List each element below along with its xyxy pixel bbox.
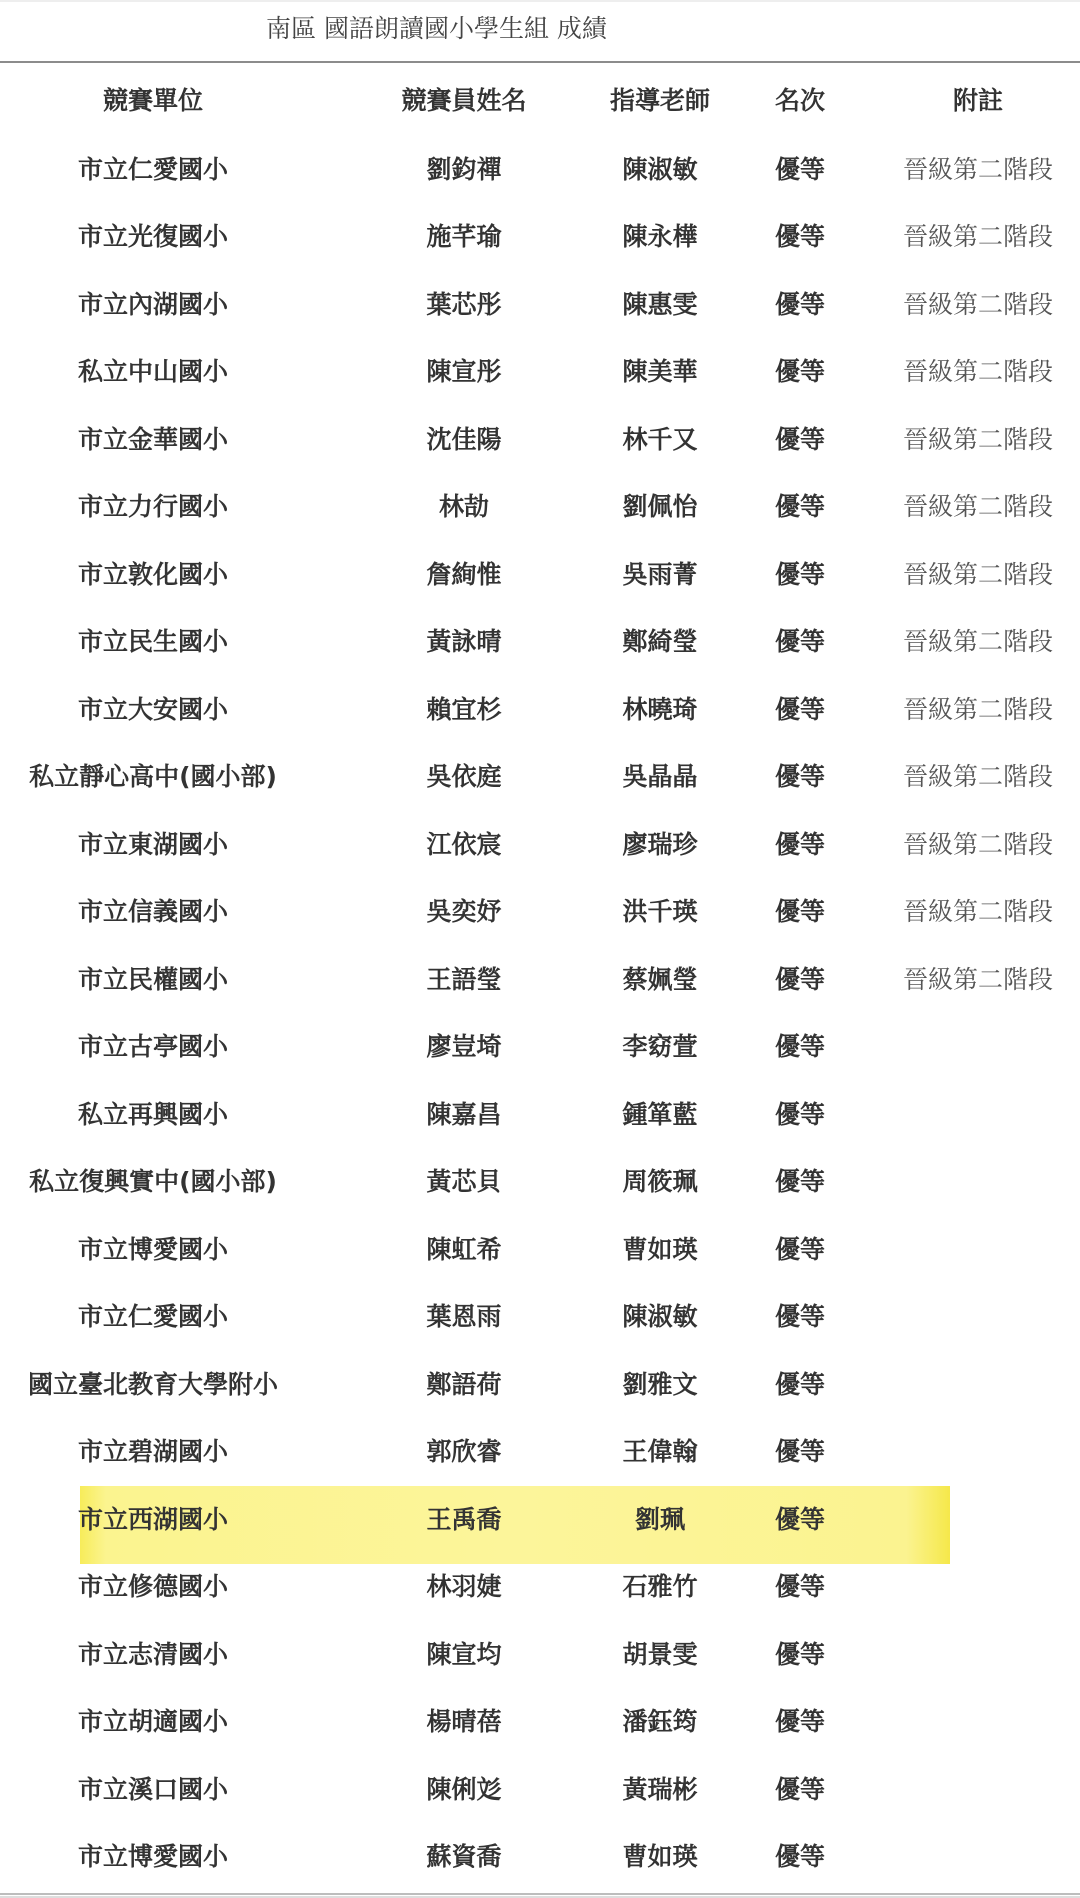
cell-rank: 優等 (770, 1012, 830, 1080)
cell-contestant: 鄭語荷 (392, 1349, 536, 1417)
cell-teacher: 鍾箪藍 (588, 1079, 732, 1147)
table-row: 私立靜心高中(國小部)吳依庭吳晶晶優等晉級第二階段 (0, 742, 1080, 810)
table-row: 市立民生國小黃詠晴鄭綺瑩優等晉級第二階段 (0, 607, 1080, 675)
cell-school: 市立力行國小 (0, 472, 306, 540)
cell-rank: 優等 (770, 539, 830, 607)
table-body: 市立仁愛國小劉鈞禪陳淑敏優等晉級第二階段市立光復國小施芊瑜陳永樺優等晉級第二階段… (0, 134, 1080, 1889)
cell-contestant: 陳俐彣 (392, 1754, 536, 1822)
cell-note (888, 1687, 1068, 1755)
table-row: 市立光復國小施芊瑜陳永樺優等晉級第二階段 (0, 202, 1080, 270)
cell-note (888, 1214, 1068, 1282)
table-row: 市立西湖國小王禹喬劉珮優等 (0, 1484, 1080, 1552)
cell-note (888, 1282, 1068, 1350)
cell-rank: 優等 (770, 134, 830, 202)
cell-note (888, 1484, 1068, 1552)
cell-contestant: 楊晴蓓 (392, 1687, 536, 1755)
cell-school: 市立民權國小 (0, 944, 306, 1012)
table-row: 市立金華國小沈佳陽林千又優等晉級第二階段 (0, 404, 1080, 472)
cell-school: 市立溪口國小 (0, 1754, 306, 1822)
header-note: 附註 (888, 64, 1068, 134)
cell-note: 晉級第二階段 (888, 539, 1068, 607)
cell-school: 市立西湖國小 (0, 1484, 306, 1552)
cell-note (888, 1552, 1068, 1620)
cell-school: 市立敦化國小 (0, 539, 306, 607)
header-teacher: 指導老師 (588, 64, 732, 134)
cell-teacher: 陳惠雯 (588, 269, 732, 337)
cell-teacher: 廖瑞珍 (588, 809, 732, 877)
cell-contestant: 蘇資喬 (392, 1822, 536, 1890)
cell-rank: 優等 (770, 1687, 830, 1755)
cell-rank: 優等 (770, 1822, 830, 1890)
cell-contestant: 黃詠晴 (392, 607, 536, 675)
top-border (0, 0, 1080, 2)
cell-note: 晉級第二階段 (888, 607, 1068, 675)
cell-teacher: 曹如瑛 (588, 1214, 732, 1282)
cell-rank: 優等 (770, 1552, 830, 1620)
cell-teacher: 吳雨菁 (588, 539, 732, 607)
table-row: 市立東湖國小江依宸廖瑞珍優等晉級第二階段 (0, 809, 1080, 877)
cell-note: 晉級第二階段 (888, 809, 1068, 877)
cell-contestant: 林羽婕 (392, 1552, 536, 1620)
cell-school: 私立復興實中(國小部) (0, 1147, 306, 1215)
cell-note (888, 1012, 1068, 1080)
cell-teacher: 洪千瑛 (588, 877, 732, 945)
table-row: 市立溪口國小陳俐彣黃瑞彬優等 (0, 1754, 1080, 1822)
cell-rank: 優等 (770, 1484, 830, 1552)
table-row: 市立敦化國小詹絢惟吳雨菁優等晉級第二階段 (0, 539, 1080, 607)
table-row: 私立中山國小陳宣彤陳美華優等晉級第二階段 (0, 337, 1080, 405)
cell-note: 晉級第二階段 (888, 337, 1068, 405)
cell-teacher: 陳淑敏 (588, 134, 732, 202)
cell-school: 市立東湖國小 (0, 809, 306, 877)
cell-rank: 優等 (770, 877, 830, 945)
cell-teacher: 陳美華 (588, 337, 732, 405)
table-row: 市立志清國小陳宣均胡景雯優等 (0, 1619, 1080, 1687)
cell-rank: 優等 (770, 1282, 830, 1350)
cell-contestant: 賴宜杉 (392, 674, 536, 742)
cell-school: 市立仁愛國小 (0, 1282, 306, 1350)
cell-note: 晉級第二階段 (888, 877, 1068, 945)
cell-school: 市立金華國小 (0, 404, 306, 472)
cell-school: 國立臺北教育大學附小 (0, 1349, 306, 1417)
table-row: 市立胡適國小楊晴蓓潘鈺筠優等 (0, 1687, 1080, 1755)
cell-contestant: 廖豈埼 (392, 1012, 536, 1080)
header-rank: 名次 (770, 64, 830, 134)
cell-school: 私立中山國小 (0, 337, 306, 405)
cell-rank: 優等 (770, 202, 830, 270)
cell-note: 晉級第二階段 (888, 404, 1068, 472)
cell-school: 市立博愛國小 (0, 1822, 306, 1890)
cell-note (888, 1822, 1068, 1890)
cell-teacher: 石雅竹 (588, 1552, 732, 1620)
table-row: 市立內湖國小葉芯彤陳惠雯優等晉級第二階段 (0, 269, 1080, 337)
cell-teacher: 陳淑敏 (588, 1282, 732, 1350)
cell-note (888, 1417, 1068, 1485)
page-title: 南區 國語朗讀國小學生組 成績 (266, 10, 607, 48)
cell-teacher: 劉佩怡 (588, 472, 732, 540)
cell-rank: 優等 (770, 607, 830, 675)
cell-note (888, 1349, 1068, 1417)
header-contestant: 競賽員姓名 (392, 64, 536, 134)
cell-school: 市立碧湖國小 (0, 1417, 306, 1485)
cell-contestant: 吳依庭 (392, 742, 536, 810)
cell-note: 晉級第二階段 (888, 472, 1068, 540)
cell-rank: 優等 (770, 1079, 830, 1147)
cell-rank: 優等 (770, 674, 830, 742)
cell-note: 晉級第二階段 (888, 269, 1068, 337)
cell-rank: 優等 (770, 1147, 830, 1215)
cell-rank: 優等 (770, 337, 830, 405)
cell-rank: 優等 (770, 1214, 830, 1282)
cell-rank: 優等 (770, 809, 830, 877)
cell-school: 市立古亭國小 (0, 1012, 306, 1080)
cell-note (888, 1079, 1068, 1147)
cell-note: 晉級第二階段 (888, 944, 1068, 1012)
table-row: 市立碧湖國小郭欣睿王偉翰優等 (0, 1417, 1080, 1485)
table-row: 市立信義國小吳奕妤洪千瑛優等晉級第二階段 (0, 877, 1080, 945)
cell-teacher: 李窈萱 (588, 1012, 732, 1080)
cell-teacher: 黃瑞彬 (588, 1754, 732, 1822)
cell-note: 晉級第二階段 (888, 202, 1068, 270)
table-row: 市立力行國小林劼劉佩怡優等晉級第二階段 (0, 472, 1080, 540)
cell-school: 私立靜心高中(國小部) (0, 742, 306, 810)
cell-teacher: 林曉琦 (588, 674, 732, 742)
cell-contestant: 林劼 (392, 472, 536, 540)
cell-rank: 優等 (770, 269, 830, 337)
cell-teacher: 周筱珮 (588, 1147, 732, 1215)
cell-note (888, 1147, 1068, 1215)
cell-note (888, 1619, 1068, 1687)
table-row: 私立再興國小陳嘉昌鍾箪藍優等 (0, 1079, 1080, 1147)
cell-teacher: 吳晶晶 (588, 742, 732, 810)
cell-rank: 優等 (770, 1619, 830, 1687)
cell-teacher: 陳永樺 (588, 202, 732, 270)
cell-contestant: 郭欣睿 (392, 1417, 536, 1485)
bottom-border (0, 1893, 1080, 1895)
table-row: 市立仁愛國小葉恩雨陳淑敏優等 (0, 1282, 1080, 1350)
cell-teacher: 王偉翰 (588, 1417, 732, 1485)
cell-school: 私立再興國小 (0, 1079, 306, 1147)
cell-teacher: 潘鈺筠 (588, 1687, 732, 1755)
cell-teacher: 劉珮 (588, 1484, 732, 1552)
cell-contestant: 陳嘉昌 (392, 1079, 536, 1147)
cell-school: 市立光復國小 (0, 202, 306, 270)
cell-rank: 優等 (770, 404, 830, 472)
header-school: 競賽單位 (0, 64, 306, 134)
cell-rank: 優等 (770, 472, 830, 540)
table-row: 市立博愛國小陳虹希曹如瑛優等 (0, 1214, 1080, 1282)
cell-contestant: 施芊瑜 (392, 202, 536, 270)
cell-contestant: 吳奕妤 (392, 877, 536, 945)
table-row: 市立大安國小賴宜杉林曉琦優等晉級第二階段 (0, 674, 1080, 742)
cell-school: 市立胡適國小 (0, 1687, 306, 1755)
cell-contestant: 陳宣均 (392, 1619, 536, 1687)
cell-school: 市立內湖國小 (0, 269, 306, 337)
table-row: 市立修德國小林羽婕石雅竹優等 (0, 1552, 1080, 1620)
cell-contestant: 黃芯貝 (392, 1147, 536, 1215)
cell-school: 市立博愛國小 (0, 1214, 306, 1282)
cell-contestant: 劉鈞禪 (392, 134, 536, 202)
cell-note: 晉級第二階段 (888, 742, 1068, 810)
cell-school: 市立大安國小 (0, 674, 306, 742)
cell-contestant: 江依宸 (392, 809, 536, 877)
table-row: 市立博愛國小蘇資喬曹如瑛優等 (0, 1822, 1080, 1890)
cell-teacher: 劉雅文 (588, 1349, 732, 1417)
cell-school: 市立民生國小 (0, 607, 306, 675)
cell-teacher: 蔡姵瑩 (588, 944, 732, 1012)
cell-rank: 優等 (770, 1417, 830, 1485)
results-table: 競賽單位 競賽員姓名 指導老師 名次 附註 市立仁愛國小劉鈞禪陳淑敏優等晉級第二… (0, 64, 1080, 1889)
cell-teacher: 林千又 (588, 404, 732, 472)
table-row: 私立復興實中(國小部)黃芯貝周筱珮優等 (0, 1147, 1080, 1215)
title-divider (0, 61, 1080, 63)
cell-rank: 優等 (770, 944, 830, 1012)
cell-teacher: 胡景雯 (588, 1619, 732, 1687)
cell-teacher: 曹如瑛 (588, 1822, 732, 1890)
cell-contestant: 詹絢惟 (392, 539, 536, 607)
cell-school: 市立修德國小 (0, 1552, 306, 1620)
cell-rank: 優等 (770, 1349, 830, 1417)
cell-note: 晉級第二階段 (888, 134, 1068, 202)
cell-teacher: 鄭綺瑩 (588, 607, 732, 675)
cell-contestant: 王禹喬 (392, 1484, 536, 1552)
cell-note (888, 1754, 1068, 1822)
table-row: 市立仁愛國小劉鈞禪陳淑敏優等晉級第二階段 (0, 134, 1080, 202)
table-row: 國立臺北教育大學附小鄭語荷劉雅文優等 (0, 1349, 1080, 1417)
cell-rank: 優等 (770, 742, 830, 810)
cell-contestant: 葉恩雨 (392, 1282, 536, 1350)
cell-school: 市立志清國小 (0, 1619, 306, 1687)
cell-rank: 優等 (770, 1754, 830, 1822)
cell-contestant: 陳虹希 (392, 1214, 536, 1282)
cell-contestant: 葉芯彤 (392, 269, 536, 337)
cell-contestant: 陳宣彤 (392, 337, 536, 405)
cell-contestant: 王語瑩 (392, 944, 536, 1012)
cell-school: 市立信義國小 (0, 877, 306, 945)
cell-school: 市立仁愛國小 (0, 134, 306, 202)
table-header: 競賽單位 競賽員姓名 指導老師 名次 附註 (0, 64, 1080, 134)
cell-note: 晉級第二階段 (888, 674, 1068, 742)
cell-contestant: 沈佳陽 (392, 404, 536, 472)
table-row: 市立古亭國小廖豈埼李窈萱優等 (0, 1012, 1080, 1080)
table-row: 市立民權國小王語瑩蔡姵瑩優等晉級第二階段 (0, 944, 1080, 1012)
